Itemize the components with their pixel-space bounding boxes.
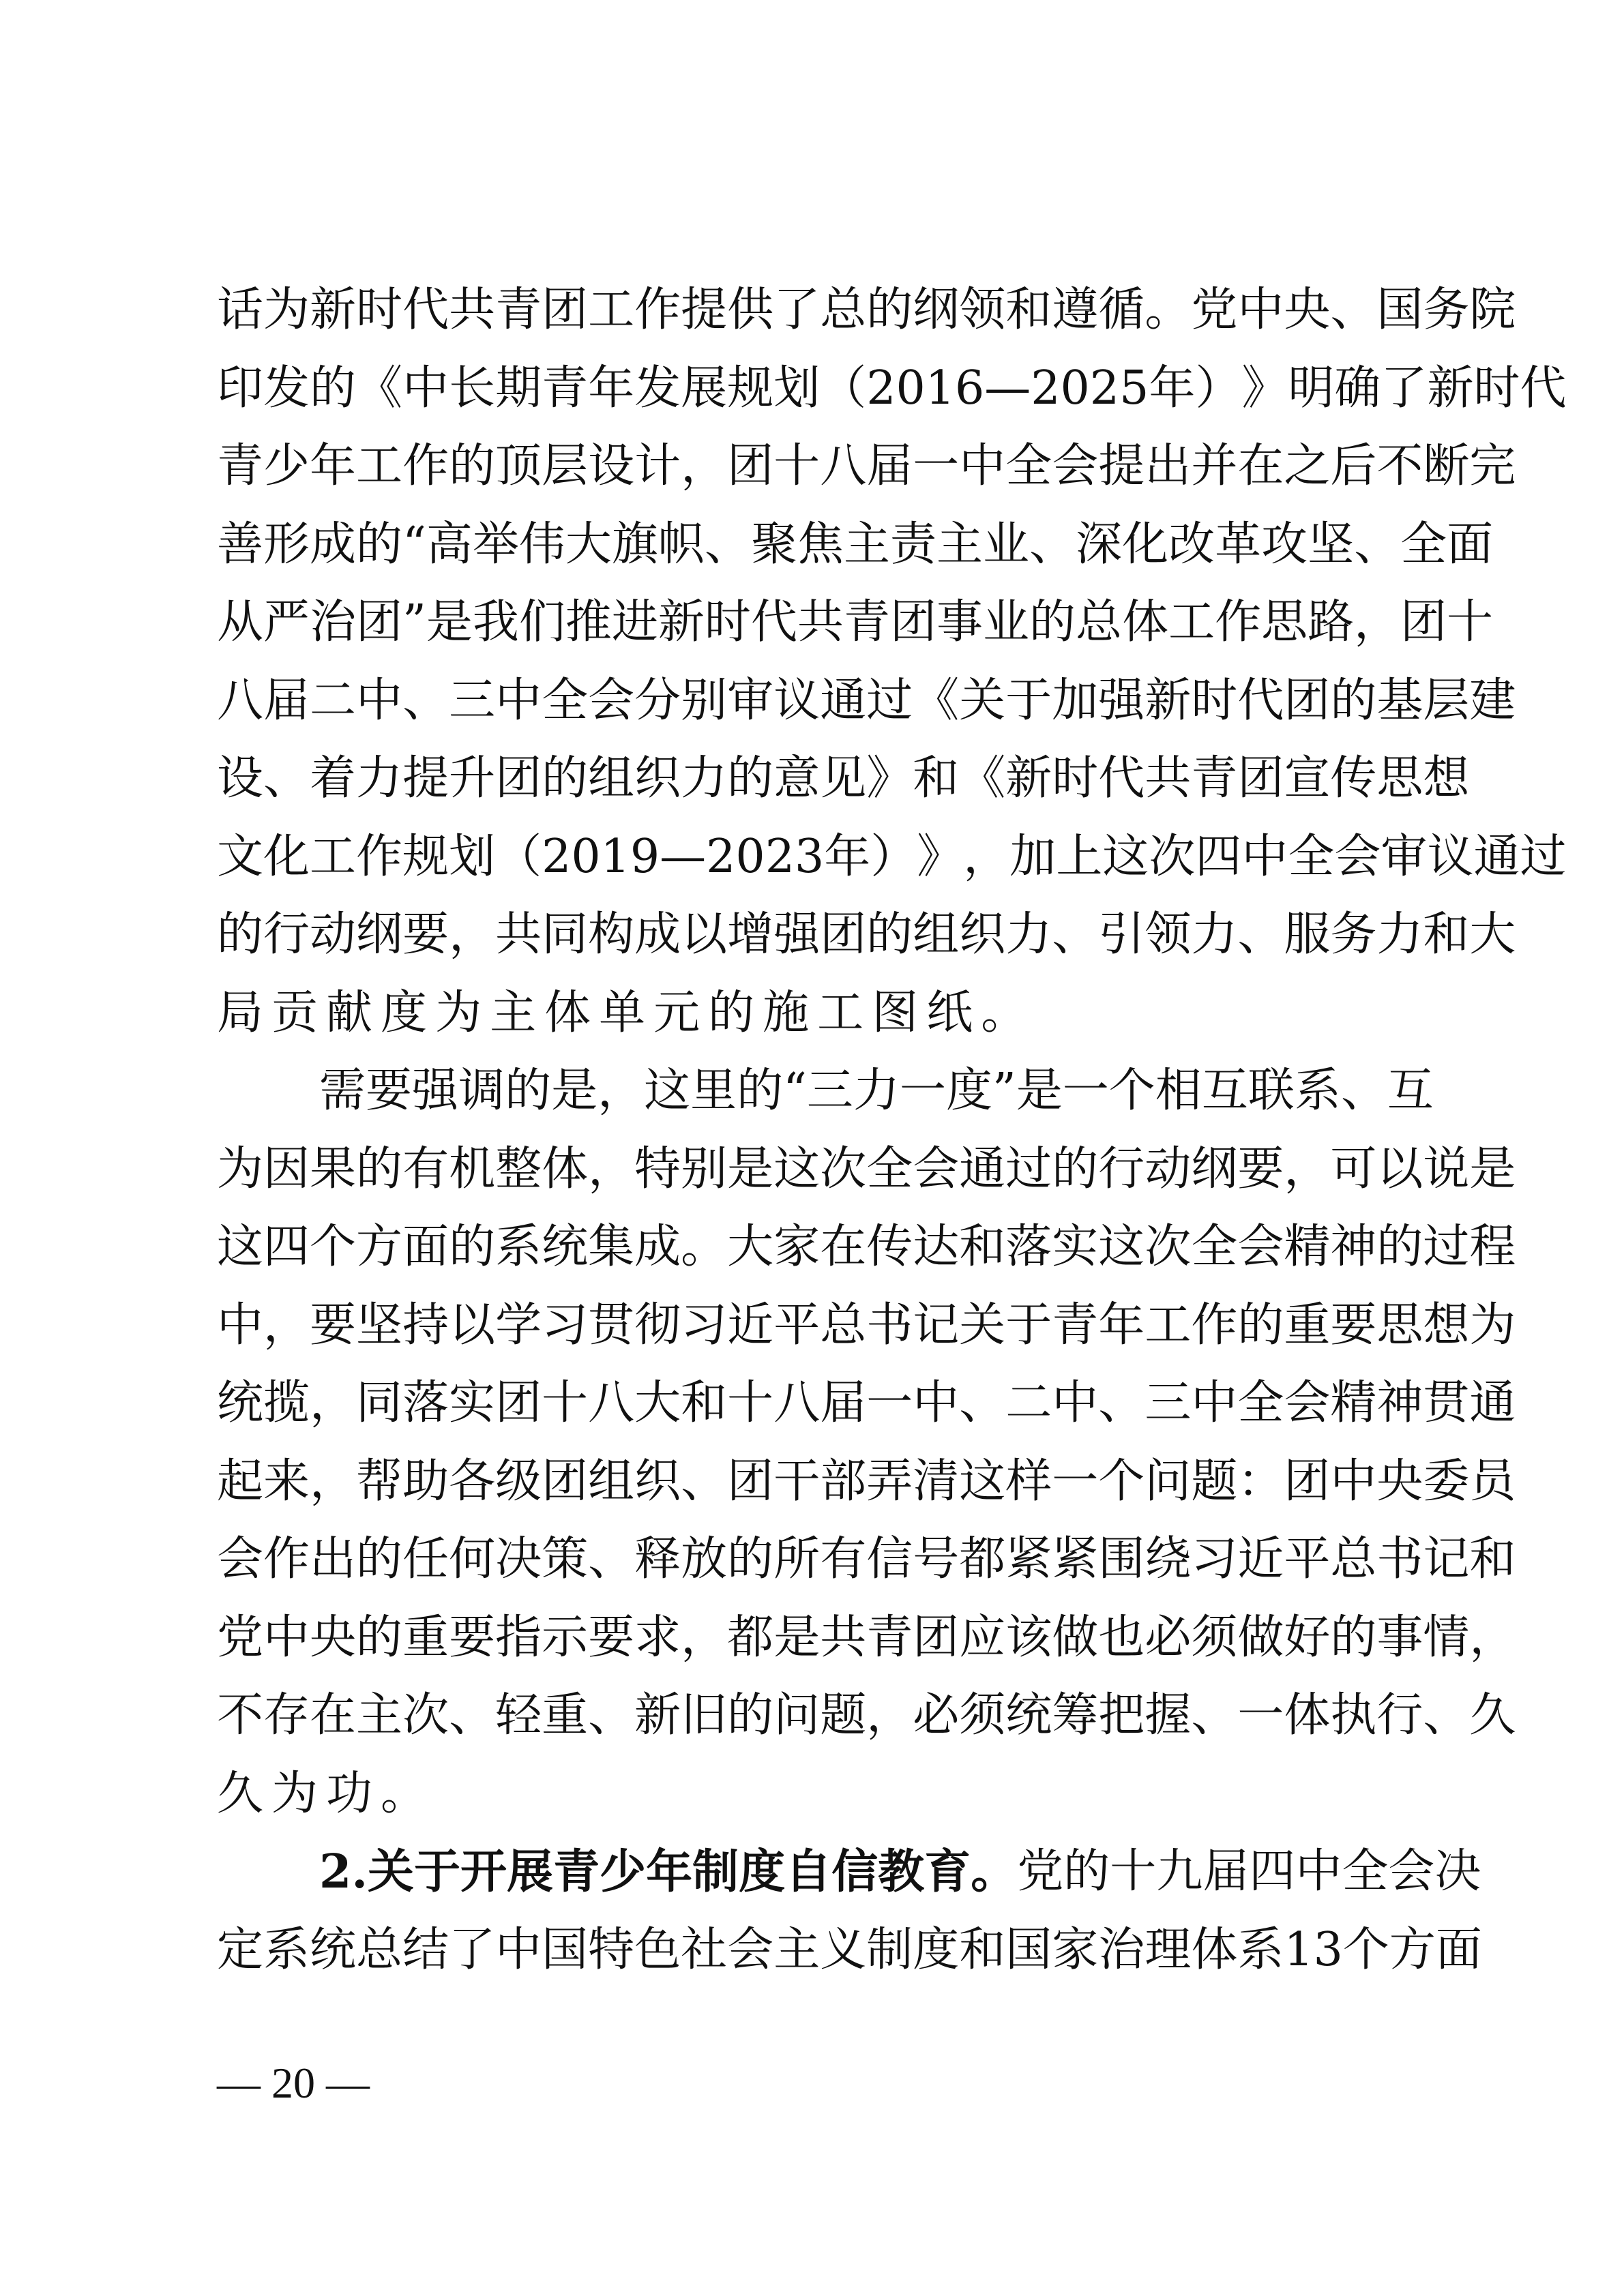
text-line: 话为新时代共青团工作提供了总的纲领和遵循。党中央、国务院 (217, 276, 1412, 344)
text-line: 从严治团”是我们推进新时代共青团事业的总体工作思路，团十 (217, 588, 1412, 657)
text-line: 中，要坚持以学习贯彻习近平总书记关于青年工作的重要思想为 (217, 1292, 1412, 1360)
text-line: 起来，帮助各级团组织、团干部弄清这样一个问题：团中央委员 (217, 1448, 1412, 1516)
text-line: 善形成的“高举伟大旗帜、聚焦主责主业、深化改革攻坚、全面 (217, 511, 1412, 579)
text-line: 党中央的重要指示要求，都是共青团应该做也必须做好的事情， (217, 1604, 1412, 1672)
document-page: 话为新时代共青团工作提供了总的纲领和遵循。党中央、国务院印发的《中长期青年发展规… (0, 0, 1624, 2296)
page-number: — 20 — (217, 2053, 370, 2114)
text-line: 不存在主次、轻重、新旧的问题，必须统筹把握、一体执行、久 (217, 1682, 1412, 1750)
text-line: 定系统总结了中国特色社会主义制度和国家治理体系13个方面 (217, 1916, 1412, 1984)
text-line: 这四个方面的系统集成。大家在传达和落实这次全会精神的过程 (217, 1213, 1412, 1281)
text-line: 设、着力提升团的组织力的意见》和《新时代共青团宣传思想 (217, 745, 1412, 813)
section-2-heading-line: 2.关于开展青少年制度自信教育。党的十九届四中全会决 (319, 1838, 1412, 1906)
text-line: 为因果的有机整体，特别是这次全会通过的行动纲要，可以说是 (217, 1135, 1412, 1204)
text-line: 青少年工作的顶层设计，团十八届一中全会提出并在之后不断完 (217, 432, 1412, 501)
text-line: 局贡献度为主体单元的施工图纸。 (217, 979, 1412, 1047)
text-line: 八届二中、三中全会分别审议通过《关于加强新时代团的基层建 (217, 667, 1412, 735)
text-line: 文化工作规划（2019—2023年）》，加上这次四中全会审议通过 (217, 823, 1412, 891)
text-line: 久为功。 (217, 1760, 1412, 1828)
text-line: 的行动纲要，共同构成以增强团的组织力、引领力、服务力和大 (217, 901, 1412, 969)
text-line: 需要强调的是，这里的“三力一度”是一个相互联系、互 (319, 1057, 1412, 1125)
text-line: 印发的《中长期青年发展规划（2016—2025年）》明确了新时代 (217, 355, 1412, 423)
text-line: 会作出的任何决策、释放的所有信号都紧紧围绕习近平总书记和 (217, 1525, 1412, 1594)
text-line: 统揽，同落实团十八大和十八届一中、二中、三中全会精神贯通 (217, 1369, 1412, 1437)
